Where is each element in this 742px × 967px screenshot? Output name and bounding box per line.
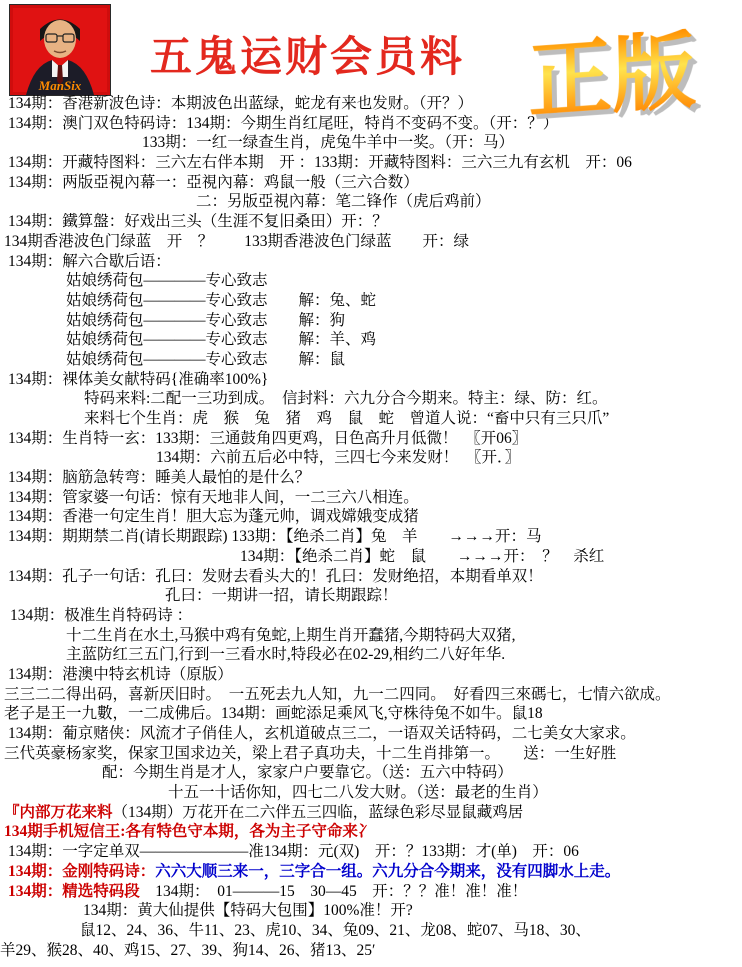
text-line: 134期手机短信王:各有特色守本期，各为主子守命来冫: [0, 822, 742, 842]
text-segment: 孔曰：一期讲一招，请长期跟踪！: [165, 587, 398, 604]
text-segment: 134期：生肖特一玄：133期：三通鼓角四更鸡，日色高升月低微！ 〖开06〗: [8, 430, 527, 447]
text-segment: 134期：港澳中特玄机诗（原版）: [8, 666, 233, 683]
text-segment: 134期：六前五后必中特，三四七今来发财！ 〖开．〗: [156, 449, 520, 466]
text-segment: 十五一十话你知，四七二八发大财。（送：最老的生肖）: [168, 784, 548, 801]
text-line: 十二生肖在水土,马猴中鸡有兔蛇,上期生肖开蠢猪,今期特码大双猪,: [0, 626, 742, 646]
text-segment: 姑娘绣荷包————专心致志 解：狗: [66, 312, 345, 329]
text-segment: 134期：管家婆一句话：惊有天地非人间，一二三六八相连。: [8, 489, 419, 506]
text-segment: 特码来料:二配一三功到成。 信封料：六九分合今期来。特主：绿、防：红。: [84, 390, 608, 407]
text-line: 134期：管家婆一句话：惊有天地非人间，一二三六八相连。: [0, 488, 742, 508]
text-line: 134期：【绝杀二肖】蛇 鼠 →→→开： ？ 杀红: [0, 547, 742, 567]
text-line: 134期：极准生肖特码诗 ：: [0, 606, 742, 626]
text-line: 134期：两版亞視內幕一：亞視內幕：鸡鼠一般（三六合数）: [0, 173, 742, 193]
text-line: 134期：葡京赌侠：风流才子俏佳人，玄机道破点三二，一语双关话特码，二七美女大家…: [0, 724, 742, 744]
text-line: 羊29、猴28、40、鸡15、27、39、狗14、26、猪13、25′: [0, 941, 742, 961]
text-segment: 134期香港波色门绿蓝 开 ？ 133期香港波色门绿蓝 开：绿: [4, 233, 469, 250]
text-line: 姑娘绣荷包————专心致志 解：鼠: [0, 350, 742, 370]
text-line: 『内部万花来料（134期）万花开在二六伴五三四临，蓝绿色彩尽显鼠藏鸡居: [0, 803, 742, 823]
text-line: 二：另版亞視內幕：笔二锋作（虎后鸡前）: [0, 192, 742, 212]
text-line: 134期：黄大仙提供【特码大包围】100%准！开?: [0, 901, 742, 921]
text-line: 134期：一字定单双———————准134期：元(双) 开：？133期：才(单)…: [0, 842, 742, 862]
text-segment: 134期：裸体美女献特码{准确率100%}: [8, 371, 268, 388]
text-segment: 134期：澳门双色特码诗：134期：今期生肖红尾旺，特肖不变码不变。（开：？）: [8, 115, 558, 132]
text-segment: 鼠12、24、36、牛11、23、虎10、34、兔09、21、龙08、蛇07、马…: [80, 922, 591, 939]
text-segment: （134期）万花开在二六伴五三四临，蓝绿色彩尽显鼠藏鸡居: [113, 804, 524, 821]
text-segment: 十二生肖在水土,马猴中鸡有兔蛇,上期生肖开蠢猪,今期特码大双猪,: [66, 627, 516, 644]
text-line: 134期：金刚特码诗：六六大顺三来一，三字合一组。六九分合今期来，没有四脚水上走…: [0, 862, 742, 882]
page-title: 五鬼运财会员料: [150, 24, 465, 84]
text-line: 134期：解六合歇后语：: [0, 252, 742, 272]
text-segment: 二：另版亞視內幕：笔二锋作（虎后鸡前）: [196, 193, 491, 210]
text-line: 姑娘绣荷包————专心致志 解：兔、蛇: [0, 291, 742, 311]
text-segment: 配：今期生肖是才人，家家户户要靠它。（送：五六中特码）: [102, 764, 513, 781]
text-segment: 134期：两版亞視內幕一：亞視內幕：鸡鼠一般（三六合数）: [8, 174, 419, 191]
text-line: 来料七个生肖：虎 猴 兔 猪 鸡 鼠 蛇 曾道人说：“畜中只有三只爪”: [0, 409, 742, 429]
text-line: 十五一十话你知，四七二八发大财。（送：最老的生肖）: [0, 783, 742, 803]
text-line: 配：今期生肖是才人，家家户户要靠它。（送：五六中特码）: [0, 763, 742, 783]
text-line: 134期：港澳中特玄机诗（原版）: [0, 665, 742, 685]
text-segment: 134期：鐵算盤：好戏出三头（生涯不复旧桑田）开：？: [8, 213, 388, 230]
text-line: 134期：香港一句定生肖！胆大忘为蓬元帅，调戏嫦娥变成猪: [0, 507, 742, 527]
text-line: 姑娘绣荷包————专心致志: [0, 271, 742, 291]
text-segment: 六六大顺三来一，三字合一组。六九分合今期来，没有四脚水上走。: [155, 863, 620, 880]
text-segment: 三代英豪杨家奖，保家卫国求边关，梁上君子真功夫，十二生肖排第一。 送：一生好胜: [4, 745, 616, 762]
text-line: 孔曰：一期讲一招，请长期跟踪！: [0, 586, 742, 606]
text-line: 134期：开藏特图料：三六左右伴本期 开 ：133期：开藏特图料：三六三九有玄机…: [0, 153, 742, 173]
text-segment: 姑娘绣荷包————专心致志 解：鼠: [66, 351, 345, 368]
text-line: 三三二二得出码，喜新厌旧时。 一五死去九人知，九一二四同。 好看四三來碼七，七情…: [0, 685, 742, 705]
text-segment: 134期：脑筋急转弯：睡美人最怕的是什么？: [8, 469, 310, 486]
text-segment: 134期：【绝杀二肖】蛇 鼠 →→→开： ？ 杀红: [240, 548, 604, 565]
text-segment: 134期：解六合歇后语：: [8, 253, 171, 270]
text-line: 134期：期期禁二肖(请长期跟踪) 133期：【绝杀二肖】兔 羊 →→→开：马: [0, 527, 742, 547]
text-line: 134期香港波色门绿蓝 开 ？ 133期香港波色门绿蓝 开：绿: [0, 232, 742, 252]
text-segment: 主蓝防红三五门,行到一三看水时,特段必在02-29,相约二八好年华.: [66, 646, 505, 663]
text-segment: 134期：一字定单双———————准134期：元(双) 开：？133期：才(单)…: [8, 843, 579, 860]
text-segment: 姑娘绣荷包————专心致志 解：兔、蛇: [66, 292, 376, 309]
text-line: 134期：精选特码段 134期： 01———15 30—45 开：？？准！准！准…: [0, 882, 742, 902]
text-line: 133期：一红一绿查生肖，虎兔牛羊中一奖。（开：马）: [0, 133, 742, 153]
text-line: 134期：孔子一句话：孔曰：发财去看头大的！孔曰：发财绝招，本期看单双！: [0, 567, 742, 587]
text-line: 主蓝防红三五门,行到一三看水时,特段必在02-29,相约二八好年华.: [0, 645, 742, 665]
text-segment: 134期：孔子一句话：孔曰：发财去看头大的！孔曰：发财绝招，本期看单双！: [8, 568, 543, 585]
text-segment: 『内部万花来料: [4, 804, 113, 821]
text-line: 134期：脑筋急转弯：睡美人最怕的是什么？: [0, 468, 742, 488]
header: ManSix 五鬼运财会员料 正版: [0, 0, 742, 94]
text-line: 134期：生肖特一玄：133期：三通鼓角四更鸡，日色高升月低微！ 〖开06〗: [0, 429, 742, 449]
text-segment: 134期：期期禁二肖(请长期跟踪) 133期：【绝杀二肖】兔 羊 →→→开：马: [8, 528, 541, 545]
man-portrait-graphic: ManSix: [10, 5, 110, 95]
text-segment: 133期：一红一绿查生肖，虎兔牛羊中一奖。（开：马）: [142, 134, 514, 151]
text-line: 姑娘绣荷包————专心致志 解：狗: [0, 311, 742, 331]
text-segment: 134期：香港新波色诗：本期波色出蓝绿，蛇龙有来也发财。（开？）: [8, 95, 473, 112]
text-segment: 羊29、猴28、40、鸡15、27、39、狗14、26、猪13、25′: [0, 942, 375, 959]
text-segment: 老子是王一九數，一二成佛后。134期：画蛇添足乘风飞,守株待兔不如牛。鼠18: [4, 705, 543, 722]
text-line: 三代英豪杨家奖，保家卫国求边关，梁上君子真功夫，十二生肖排第一。 送：一生好胜: [0, 744, 742, 764]
text-line: 134期：六前五后必中特，三四七今来发财！ 〖开．〗: [0, 448, 742, 468]
text-segment: 134期：极准生肖特码诗 ：: [10, 607, 192, 624]
text-line: 姑娘绣荷包————专心致志 解：羊、鸡: [0, 330, 742, 350]
text-segment: 134期手机短信王:各有特色守本期，各为主子守命来冫: [4, 823, 373, 840]
text-segment: 134期： 01———15 30—45 开：？？准！准！准！: [140, 883, 528, 900]
text-segment: 三三二二得出码，喜新厌旧时。 一五死去九人知，九一二四同。 好看四三來碼七，七情…: [4, 686, 671, 703]
portrait-photo: ManSix: [10, 5, 110, 95]
text-segment: 姑娘绣荷包————专心致志 解：羊、鸡: [66, 331, 376, 348]
content-lines: 134期：香港新波色诗：本期波色出蓝绿，蛇龙有来也发财。（开？）134期：澳门双…: [0, 94, 742, 960]
text-line: 老子是王一九數，一二成佛后。134期：画蛇添足乘风飞,守株待兔不如牛。鼠18: [0, 704, 742, 724]
photo-watermark: ManSix: [38, 78, 82, 93]
text-line: 134期：裸体美女献特码{准确率100%}: [0, 370, 742, 390]
genuine-stamp: 正版: [527, 28, 696, 124]
text-segment: 134期：精选特码段: [8, 883, 140, 900]
text-segment: 姑娘绣荷包————专心致志: [66, 272, 268, 289]
text-line: 134期：鐵算盤：好戏出三头（生涯不复旧桑田）开：？: [0, 212, 742, 232]
page: ManSix 五鬼运财会员料 正版 134期：香港新波色诗：本期波色出蓝绿，蛇龙…: [0, 0, 742, 967]
text-segment: 134期：开藏特图料：三六左右伴本期 开 ：133期：开藏特图料：三六三九有玄机…: [8, 154, 632, 171]
text-segment: 134期：黄大仙提供【特码大包围】100%准！开?: [83, 902, 413, 919]
text-segment: 134期：香港一句定生肖！胆大忘为蓬元帅，调戏嫦娥变成猪: [8, 508, 419, 525]
text-segment: 来料七个生肖：虎 猴 兔 猪 鸡 鼠 蛇 曾道人说：“畜中只有三只爪”: [84, 410, 609, 427]
text-line: 鼠12、24、36、牛11、23、虎10、34、兔09、21、龙08、蛇07、马…: [0, 921, 742, 941]
text-segment: 134期：金刚特码诗：: [8, 863, 155, 880]
text-segment: 134期：葡京赌侠：风流才子俏佳人，玄机道破点三二，一语双关话特码，二七美女大家…: [8, 725, 636, 742]
text-line: 特码来料:二配一三功到成。 信封料：六九分合今期来。特主：绿、防：红。: [0, 389, 742, 409]
